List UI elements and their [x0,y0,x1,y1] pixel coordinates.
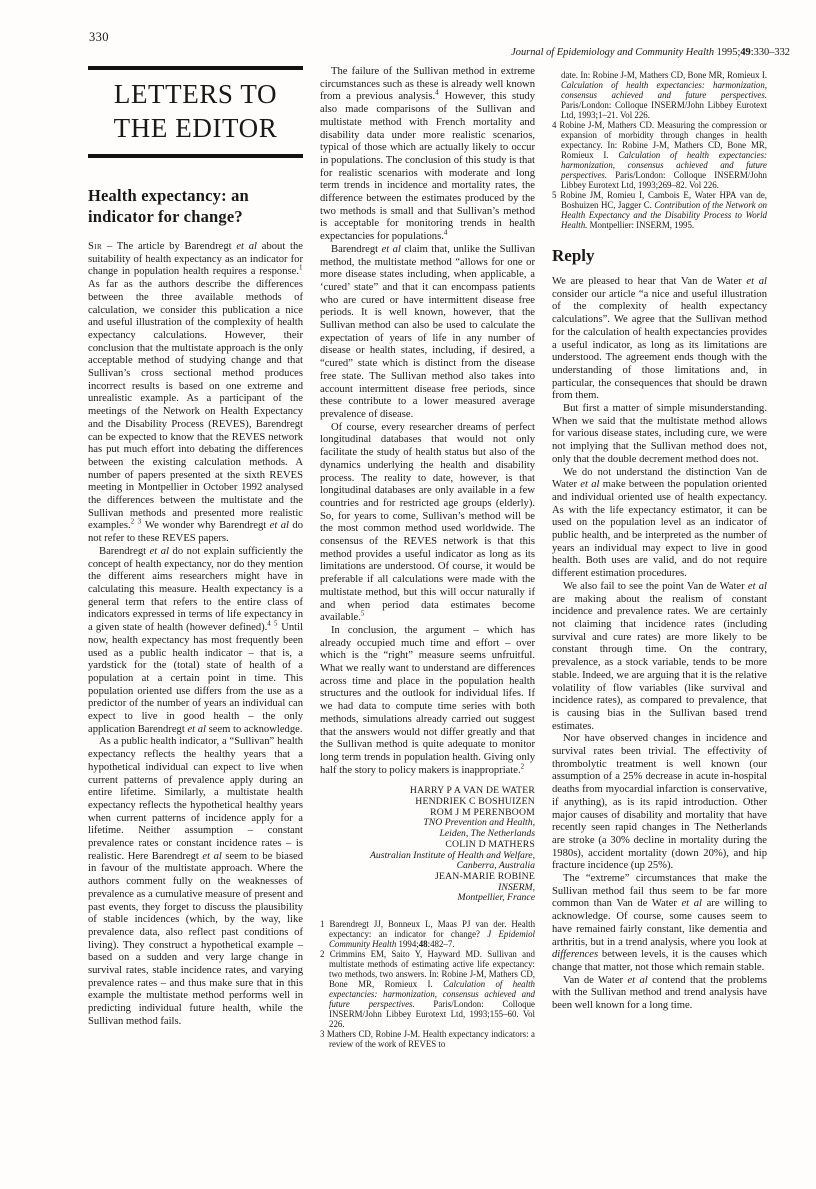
reply-title: Reply [552,246,767,266]
text-run: et al [187,724,206,735]
column-right: date. In: Robine J-M, Mathers CD, Bone M… [552,66,767,1049]
section-title: LETTERS TO THE EDITOR [88,77,303,145]
text-run: 1995; [714,47,740,58]
text-run: Mathers CD, Robine J-M. Health expectanc… [327,1029,535,1049]
text-run: In conclusion, the argument – which has … [320,625,535,776]
paragraph: Barendregt et al claim that, unlike the … [320,244,535,422]
reference-list: 1 Barendregt JJ, Bonneux L, Maas PJ van … [320,919,535,1049]
text-run: We also fail to see the point Van de Wat… [563,581,748,592]
text-run: et al [746,276,767,287]
signature-block: HARRY P A VAN DE WATERHENDRIEK C BOSHUIZ… [320,786,535,904]
text-run: 48 [419,939,428,949]
paragraph: We also fail to see the point Van de Wat… [552,581,767,733]
text-run: As a public health indicator, a “Sulliva… [88,736,303,861]
text-run: – The article by Barendregt [102,241,236,252]
text-run: :330–332 [751,47,790,58]
text-run: et al [270,520,289,531]
text-run: Journal of Epidemiology and Community He… [511,47,714,58]
column-left: LETTERS TO THE EDITOR Health expectancy:… [88,66,303,1049]
section-title-line2: THE EDITOR [88,111,303,145]
text-run: 2 3 [131,518,142,526]
text-run: 5 [361,610,365,618]
paragraph: The “extreme” circumstances that make th… [552,873,767,975]
banner-rule-bottom [88,154,303,158]
text-run: differences [552,949,598,960]
text-run: et al [580,479,599,490]
text-run: However, this study also made comparison… [320,91,535,242]
signature-affiliation: Montpellier, France [320,893,535,904]
reference-number: 2 [320,949,330,959]
text-run: et al [236,241,257,252]
text-run: consider our article “a nice and useful … [552,289,767,402]
three-column-layout: LETTERS TO THE EDITOR Health expectancy:… [88,66,767,1049]
reference-number: 3 [320,1029,327,1039]
text-run: 49 [740,47,750,58]
reply-body: We are pleased to hear that Van de Water… [552,276,767,1013]
text-run: As far as the authors describe the diffe… [88,279,303,531]
text-run: 4 [444,229,448,237]
text-run: Sir [88,241,102,252]
text-run: et al [748,581,767,592]
paragraph: As a public health indicator, a “Sulliva… [88,736,303,1028]
text-run: et al [681,898,702,909]
reference-item: 5 Robine JM, Romieu I, Cambois E, Water … [552,190,767,230]
text-run: Van de Water [563,975,627,986]
text-run: Of course, every researcher dreams of pe… [320,422,535,624]
text-run: et al [382,244,401,255]
paragraph: Of course, every researcher dreams of pe… [320,422,535,625]
paragraph: Sir – The article by Barendregt et al ab… [88,241,303,546]
paragraph: The failure of the Sullivan method in ex… [320,66,535,244]
paragraph: But first a matter of simple misundersta… [552,403,767,467]
text-run: Nor have observed changes in incidence a… [552,733,767,871]
text-run: But first a matter of simple misundersta… [552,403,767,465]
text-run: Paris/London: Colloque INSERM/John Libbe… [561,100,767,120]
text-run: We wonder why Barendregt [142,520,270,531]
reference-item: 2 Crimmins EM, Saito Y, Hayward MD. Sull… [320,949,535,1029]
text-run: :482–7. [428,939,455,949]
text-run: 2 [521,762,525,770]
banner-rule-top [88,66,303,70]
text-run: 1994; [396,939,418,949]
text-run: make between the population oriented and… [552,479,767,579]
text-run: claim that, unlike the Sullivan method, … [320,244,535,420]
paragraph: Nor have observed changes in incidence a… [552,733,767,873]
paragraph: Van de Water et al contend that the prob… [552,975,767,1013]
text-run: 1 [299,264,303,272]
text-run: date. In: Robine J-M, Mathers CD, Bone M… [561,70,767,80]
text-run: Calculation of health expectancies: harm… [561,80,767,100]
text-run: seem to be biased in favour of the multi… [88,851,303,1027]
paragraph: We do not understand the distinction Van… [552,467,767,581]
reference-item: date. In: Robine J-M, Mathers CD, Bone M… [552,70,767,120]
text-run: et al [627,975,647,986]
text-run: 4 5 [267,620,278,628]
reference-item: 1 Barendregt JJ, Bonneux L, Maas PJ van … [320,919,535,949]
letter-body-column2: The failure of the Sullivan method in ex… [320,66,535,777]
page-number: 330 [89,30,109,45]
journal-citation: Journal of Epidemiology and Community He… [511,47,790,58]
reference-list-continued: date. In: Robine J-M, Mathers CD, Bone M… [552,70,767,230]
signature-name: COLIN D MATHERS [320,840,535,851]
reference-item: 4 Robine J-M, Mathers CD. Measuring the … [552,120,767,190]
paragraph: We are pleased to hear that Van de Water… [552,276,767,403]
paragraph: Barendregt et al do not explain sufficie… [88,546,303,737]
journal-page: 330 Journal of Epidemiology and Communit… [0,0,816,1189]
text-run: We are pleased to hear that Van de Water [552,276,746,287]
text-run: Barendregt [99,546,150,557]
text-run: seem to acknowledge. [206,724,303,735]
letter-body-column1: Sir – The article by Barendregt et al ab… [88,241,303,1029]
paragraph: In conclusion, the argument – which has … [320,625,535,777]
text-run: Until now, health expectancy has most fr… [88,622,303,735]
text-run: et al [202,851,221,862]
section-title-line1: LETTERS TO [88,77,303,111]
column-middle: The failure of the Sullivan method in ex… [320,66,535,1049]
letter-title: Health expectancy: an indicator for chan… [88,186,303,227]
section-banner: LETTERS TO THE EDITOR [88,66,303,158]
text-run: Barendregt [331,244,382,255]
text-run: et al [150,546,169,557]
text-run: are making about the realism of constant… [552,594,767,732]
text-run: Montpellier: INSERM, 1995. [587,220,694,230]
reference-item: 3 Mathers CD, Robine J-M. Health expecta… [320,1029,535,1049]
